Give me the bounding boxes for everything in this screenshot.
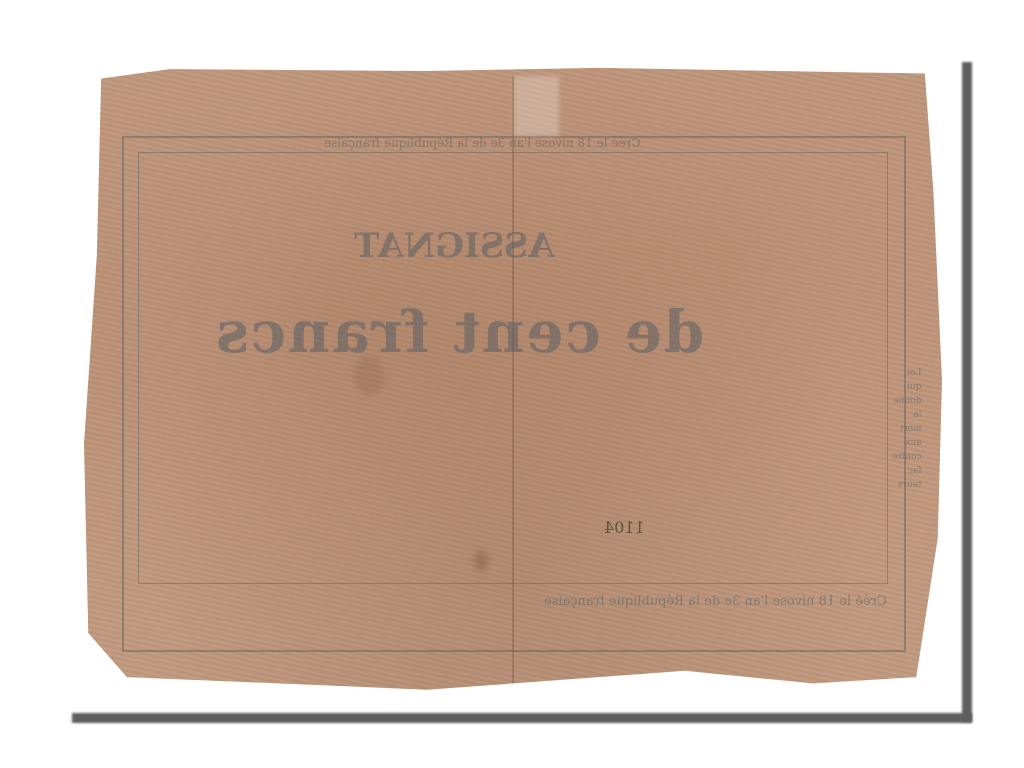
serial-number: 1104 bbox=[604, 518, 645, 537]
frame-shadow-right bbox=[962, 62, 972, 722]
worn-patch bbox=[514, 76, 559, 136]
date-line: Créé le 18 nivose l'an 3e de la Républiq… bbox=[544, 594, 887, 609]
side-legend: Loi qui donne la mort aux contre fac teu… bbox=[892, 366, 922, 492]
banknote: Créé le 18 nivose l'an 3e de la Républiq… bbox=[84, 66, 942, 696]
stain bbox=[474, 551, 488, 571]
top-text-line: Créé le 18 nivose l'an 3e de la Républiq… bbox=[324, 136, 640, 150]
denomination-text: de cent francs bbox=[214, 298, 704, 366]
assignat-heading: ASSIGNAT bbox=[354, 226, 555, 266]
vertical-fold bbox=[512, 76, 514, 686]
frame-shadow-bottom bbox=[72, 713, 972, 723]
